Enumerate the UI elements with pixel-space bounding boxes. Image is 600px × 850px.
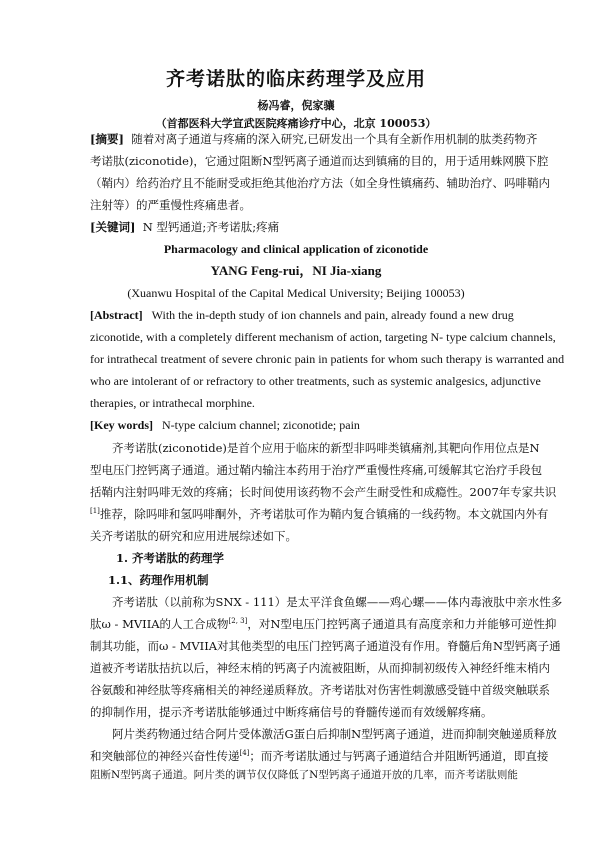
body-line: [1]推荐，除吗啡和氢吗啡酮外，齐考诺肽可作为鞘内复合镇痛的一线药物。本文就国内…	[90, 503, 502, 525]
abstract-cn-label: [摘要]	[90, 132, 124, 146]
body-line: 型电压门控钙离子通道。通过鞘内输注本药用于治疗严重慢性疼痛,可缓解其它治疗手段包	[90, 459, 502, 481]
subsection-heading: 1.1、药理作用机制	[90, 569, 502, 591]
abstract-en-line: [Abstract] With the in-depth study of io…	[90, 304, 502, 326]
abstract-en-line: who are intolerant of or refractory to o…	[90, 370, 502, 392]
citation-ref: [1]	[90, 507, 100, 515]
affiliation-en: (Xuanwu Hospital of the Capital Medical …	[90, 282, 502, 304]
body-line: 和突触部位的神经兴奋性传递[4]；而齐考诺肽通过与钙离子通道结合并阻断钙通道，即…	[90, 745, 502, 767]
body-line: 阻断N型钙离子通道。阿片类的调节仅仅降低了N型钙离子通道开放的几率，而齐考诺肽则…	[90, 767, 502, 783]
abstract-cn-line: 注射等）的严重慢性疼痛患者。	[90, 194, 502, 216]
abstract-cn-line: （鞘内）给药治疗且不能耐受或拒绝其他治疗方法（如全身性镇痛药、辅助治疗、吗啡鞘内	[90, 172, 502, 194]
citation-ref: [2, 3]	[229, 617, 248, 625]
keywords-cn: [关键词] N 型钙通道;齐考诺肽;疼痛	[90, 216, 502, 238]
abstract-cn-line: [摘要] 随着对离子通道与疼痛的深入研究,已研发出一个具有全新作用机制的肽类药物…	[90, 128, 502, 150]
body-line: 关齐考诺肽的研究和应用进展综述如下。	[90, 525, 502, 547]
body-line: 齐考诺肽(ziconotide)是首个应用于临床的新型非吗啡类镇痛剂,其靶向作用…	[90, 437, 502, 459]
abstract-cn-line: 考诺肽(ziconotide)，它通过阻断N型钙离子通道而达到镇痛的目的，用于适…	[90, 150, 502, 172]
paper-title-en: Pharmacology and clinical application of…	[90, 238, 502, 260]
keywords-en: [Key words] N-type calcium channel; zico…	[90, 414, 502, 436]
body-line: 谷氨酸和神经肽等疼痛相关的神经递质释放。齐考诺肽对伤害性刺激感受链中首级突触联系	[90, 679, 502, 701]
keywords-en-label: [Key words]	[90, 418, 153, 432]
authors-cn: 杨冯睿，倪家骧	[90, 97, 502, 113]
body-line: 道被齐考诺肽拮抗以后，神经末梢的钙离子内流被阻断，从而抑制初级传入神经纤维末梢内	[90, 657, 502, 679]
authors-en: YANG Feng-rui，NI Jia-xiang	[90, 260, 502, 282]
abstract-en-line: ziconotide, with a completely different …	[90, 326, 502, 348]
citation-ref: [4]	[240, 749, 250, 757]
body-line: 的抑制作用，提示齐考诺肽能够通过中断疼痛信号的脊髓传递而有效缓解疼痛。	[90, 701, 502, 723]
body-line: 齐考诺肽（以前称为SNX - 111）是太平洋食鱼螺——鸡心螺——体内毒液肽中亲…	[90, 591, 502, 613]
body-line: 肽ω - MVIIA的人工合成物[2, 3]，对N型电压门控钙离子通道具有高度亲…	[90, 613, 502, 635]
abstract-en-line: therapies, or intrathecal morphine.	[90, 392, 502, 414]
body-line: 制其功能，而ω - MVIIA对其他类型的电压门控钙离子通道没有作用。脊髓后角N…	[90, 635, 502, 657]
body-line: 阿片类药物通过结合阿片受体激活G蛋白后抑制N型钙离子通道，进而抑制突触递质释放	[90, 723, 502, 745]
abstract-en-label: [Abstract]	[90, 308, 143, 322]
paper-title-cn: 齐考诺肽的临床药理学及应用	[90, 64, 502, 91]
keywords-cn-label: [关键词]	[90, 220, 135, 234]
section-heading: 1. 齐考诺肽的药理学	[90, 547, 502, 569]
abstract-en-line: for intrathecal treatment of severe chro…	[90, 348, 502, 370]
body-line: 括鞘内注射吗啡无效的疼痛；长时间使用该药物不会产生耐受性和成瘾性。2007年专家…	[90, 481, 502, 503]
